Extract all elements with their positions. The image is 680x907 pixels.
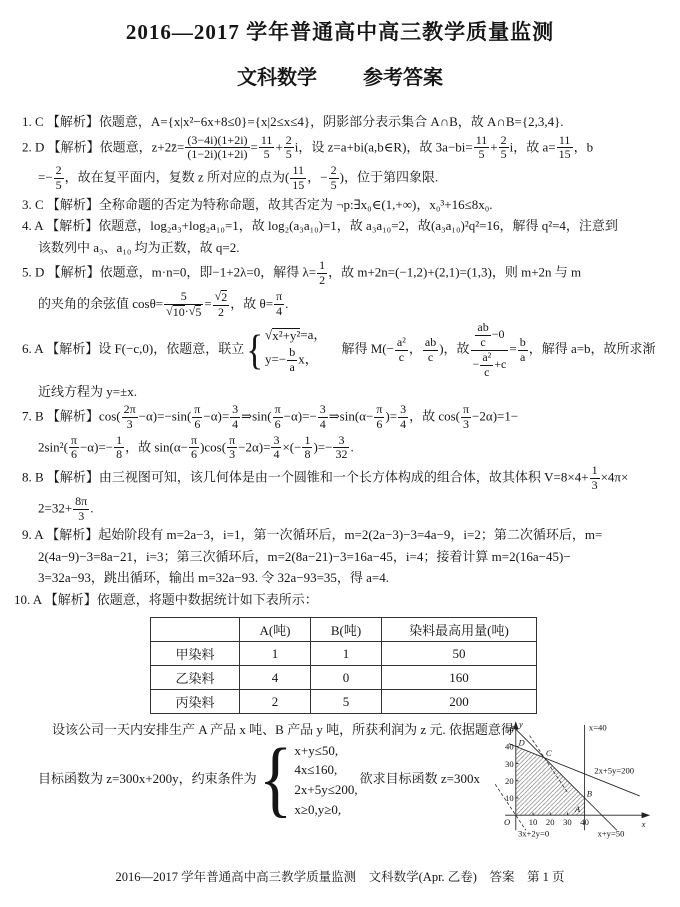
solution-line: 5. D 【解析】依题意，m·n=0，即−1+2λ=0，解得 λ=12，故 m+…: [22, 259, 672, 288]
fraction: 1115: [557, 134, 573, 163]
square-root: √10: [166, 305, 185, 320]
table-cell: 200: [382, 690, 537, 714]
fraction: 115: [474, 134, 490, 163]
point-label-A: A: [574, 804, 581, 814]
fraction: 13: [590, 464, 600, 493]
fraction: (3−4i)(1+2i)(1−2i)(1+2i): [185, 134, 249, 163]
table-header-cell: [151, 618, 240, 642]
fraction: π6: [189, 434, 199, 463]
fraction: abc−0−a²c+c: [471, 321, 509, 379]
fraction: 34: [230, 403, 240, 432]
table-cell: 0: [311, 666, 382, 690]
brace-system: {√x²+y²=a，y=−bax，: [246, 326, 326, 375]
page-subtitle: 文科数学 参考答案: [0, 61, 680, 90]
table-cell: 2: [240, 690, 311, 714]
y-axis-label: y: [518, 719, 523, 729]
answer-sheet-page: 2016—2017 学年普通高中高三教学质量监测 文科数学 参考答案 1. C …: [0, 0, 680, 907]
fraction: a²c: [480, 351, 493, 380]
x-tick-label: 40: [580, 817, 589, 827]
table-cell: 5: [311, 690, 382, 714]
table-row: 丙染料25200: [151, 690, 537, 714]
fraction: 8π3: [73, 495, 89, 524]
y-tick-label: 10: [505, 794, 514, 804]
solution-line: 近线方程为 y=±x.: [22, 382, 672, 402]
table-header-cell: A(吨): [240, 618, 311, 642]
square-root: √2: [215, 290, 228, 305]
fraction: π6: [192, 403, 202, 432]
fraction: 2π3: [122, 403, 138, 432]
fraction: π6: [273, 403, 283, 432]
fraction: 25: [499, 134, 509, 163]
solution-line: 2sin²(π6−α)=−18，故 sin(α−π6)cos(π3−2α)=34…: [22, 434, 672, 463]
fraction: 25: [329, 164, 339, 193]
solution-line: 3. C 【解析】全称命题的否定为特称命题，故其否定为 ¬p:∃x₀∈(1,+∞…: [22, 195, 672, 215]
solution-line: 7. B 【解析】cos(2π3−α)=−sin(π6−α)=34⇒sin(π6…: [22, 403, 672, 432]
fraction: 25: [54, 164, 64, 193]
solution-line: 该数列中 a₃、a₁₀ 均为正数，故 q=2.: [22, 238, 672, 258]
fraction: ba: [287, 346, 297, 375]
y-axis-arrow: [513, 722, 518, 730]
fraction: π6: [69, 434, 79, 463]
fraction: π3: [461, 403, 471, 432]
solution-line: 6. A 【解析】设 F(−c,0)，依题意，联立{√x²+y²=a，y=−ba…: [22, 321, 672, 379]
fraction: π6: [374, 403, 384, 432]
fraction: ba: [518, 336, 528, 365]
table-cell: 乙染料: [151, 666, 240, 690]
table-cell: 160: [382, 666, 537, 690]
fraction: 115: [259, 134, 275, 163]
page-title: 2016—2017 学年普通高中高三教学质量监测: [0, 0, 680, 46]
y-tick-label: 30: [505, 759, 514, 769]
table-cell: 甲染料: [151, 642, 240, 666]
table-cell: 1: [240, 642, 311, 666]
solution-line: 1. C 【解析】依题意，A={x|x²−6x+8≤0}={x|2≤x≤4}，阴…: [22, 112, 672, 132]
square-root: √x²+y²: [265, 328, 300, 344]
page-footer: 2016—2017 学年普通高中高三教学质量监测 文科数学(Apr. 乙卷) 答…: [0, 867, 680, 885]
table-row: 乙染料40160: [151, 666, 537, 690]
solution-line: =−25，故在复平面内，复数 z 所对应的点为(1115，−25)，位于第四象限…: [22, 164, 672, 193]
table-cell: 丙染料: [151, 690, 240, 714]
solution-line: 的夹角的余弦值 cosθ=5√10·√5=√22，故 θ=π4.: [22, 290, 672, 320]
x-tick-label: 30: [563, 817, 572, 827]
y-tick-label: 50: [505, 725, 514, 735]
table-header-cell: B(吨): [311, 618, 382, 642]
x-tick-label: 10: [529, 817, 538, 827]
fraction: 18: [302, 434, 312, 463]
point-label-C: C: [546, 749, 552, 759]
brace-system: {x+y≤50,4x≤160,2x+5y≤200,x≥0,y≥0,: [259, 742, 358, 818]
fraction: abc: [423, 336, 438, 365]
feasible-region-graph: y x O 50 40 30 20 10 10 20 30 40 x=40 2x…: [490, 712, 662, 841]
solution-line: 8. B 【解析】由三视图可知，该几何体是由一个圆锥和一个长方体构成的组合体，故…: [22, 464, 672, 493]
solution-line: 10. A 【解析】依题意，将题中数据统计如下表所示：: [14, 590, 672, 610]
origin-label: O: [504, 817, 510, 827]
table-cell: 4: [240, 666, 311, 690]
fraction: π4: [274, 290, 284, 319]
graph-label-2x5y: 2x+5y=200: [594, 766, 634, 776]
x-axis-arrow: [642, 813, 651, 819]
table-header-cell: 染料最高用量(吨): [382, 618, 537, 642]
table-row: 甲染料1150: [151, 642, 537, 666]
point-label-B: B: [587, 789, 593, 799]
fraction: √22: [213, 290, 230, 320]
graph-label-3x2y: 3x+2y=0: [518, 829, 549, 839]
solution-line: 3=32a−93，跳出循环，输出 m=32a−93. 令 32a−93=35，得…: [22, 568, 672, 588]
fraction: abc: [475, 321, 490, 350]
solution-line: 9. A 【解析】起始阶段有 m=2a−3，i=1，第一次循环后，m=2(2a−…: [22, 525, 672, 545]
fraction: 12: [317, 259, 327, 288]
fraction: 25: [284, 134, 294, 163]
fraction: 18: [114, 434, 124, 463]
square-root: √5: [189, 305, 202, 320]
dye-usage-table: A(吨)B(吨)染料最高用量(吨) 甲染料1150乙染料40160丙染料2520…: [150, 617, 537, 714]
solution-line: 4. A 【解析】依题意，log₂a₃+log₂a₁₀=1，故 log₂(a₃a…: [22, 216, 672, 236]
graph-label-x40: x=40: [589, 723, 607, 733]
fraction: 34: [271, 434, 281, 463]
subject-label: 文科数学: [237, 61, 317, 90]
solutions-list: 1. C 【解析】依题意，A={x|x²−6x+8≤0}={x|2≤x≤4}，阴…: [22, 112, 672, 609]
fraction: π3: [227, 434, 237, 463]
point-label-D: D: [517, 738, 525, 748]
table-cell: 50: [382, 642, 537, 666]
solution-line: 2=32+8π3.: [22, 495, 672, 524]
y-tick-label: 20: [505, 776, 514, 786]
fraction: a²c: [395, 336, 408, 365]
table-cell: 1: [311, 642, 382, 666]
x-tick-label: 20: [546, 817, 555, 827]
table-header-row: A(吨)B(吨)染料最高用量(吨): [151, 618, 537, 642]
x-axis-label: x: [641, 819, 646, 829]
fraction: 34: [398, 403, 408, 432]
solution-line: 2. D 【解析】依题意，z+2z̄=(3−4i)(1+2i)(1−2i)(1+…: [22, 134, 672, 163]
fraction: 1115: [290, 164, 306, 193]
answers-label: 参考答案: [363, 61, 443, 90]
fraction: 332: [333, 434, 349, 463]
solution-line: 2(4a−9)−3=8a−21，i=3；第三次循环后，m=2(8a−21)−3=…: [22, 547, 672, 567]
fraction: 5√10·√5: [164, 290, 203, 320]
graph-label-xy50: x+y=50: [598, 829, 625, 839]
linear-programming-section: 设该公司一天内安排生产 A 产品 x 吨、B 产品 y 吨，所获利润为 z 元.…: [22, 720, 672, 860]
fraction: 34: [318, 403, 328, 432]
y-tick-label: 40: [505, 742, 514, 752]
